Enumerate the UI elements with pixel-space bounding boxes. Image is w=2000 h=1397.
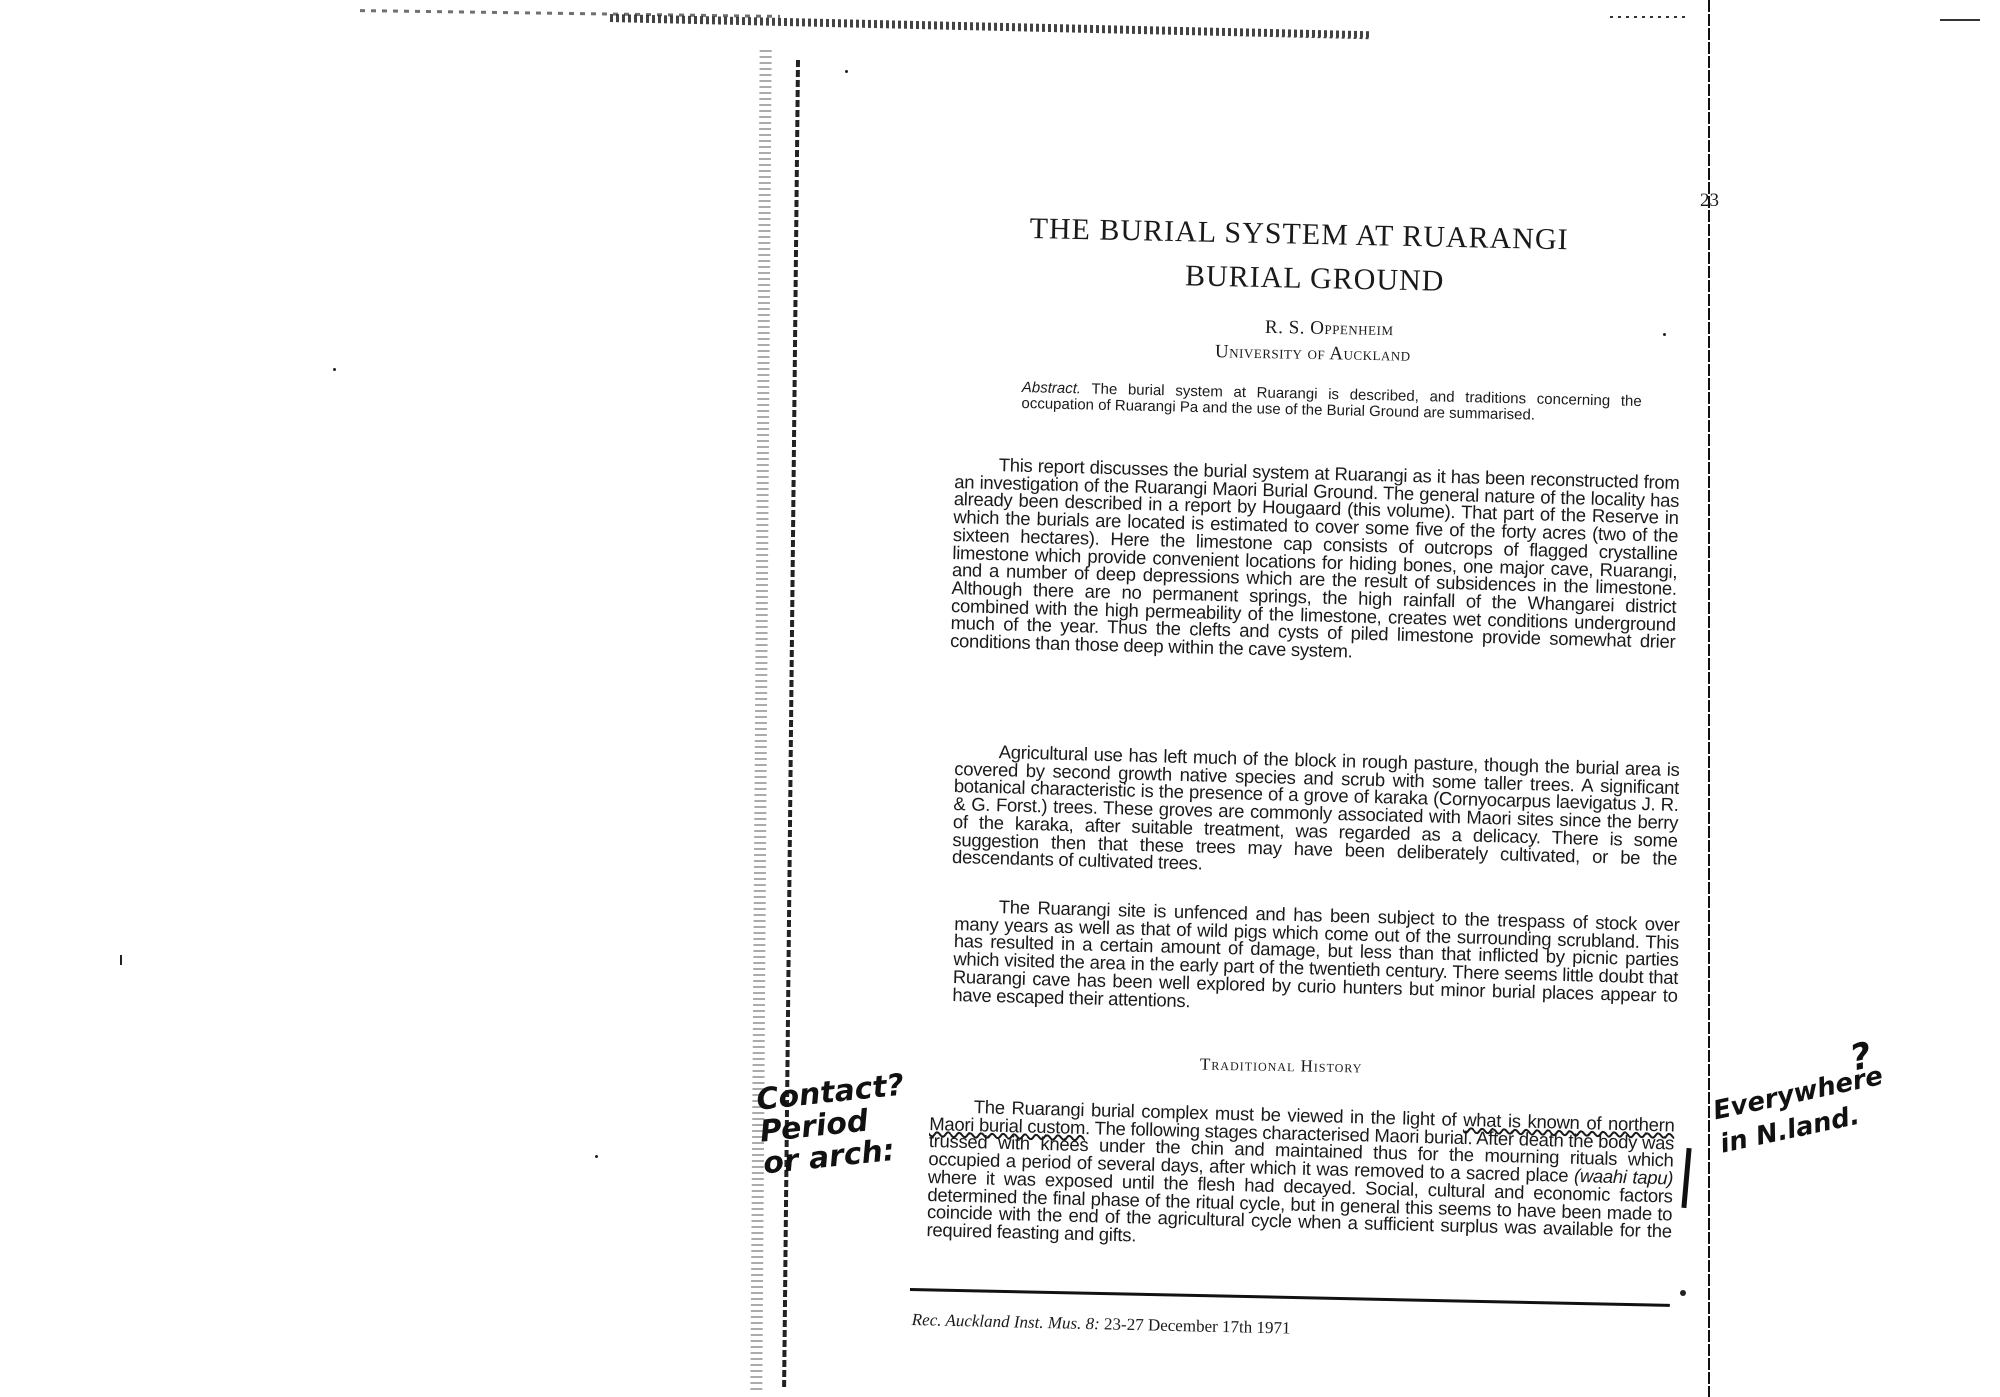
page-number: 23 <box>1700 190 1719 212</box>
paragraph-text: The Ruarangi burial complex must be view… <box>926 1097 1674 1258</box>
paragraph-intro: This report discusses the burial system … <box>950 455 1680 669</box>
scan-artifact-binding-speckle <box>750 50 771 1390</box>
paper-title-line2: BURIAL GROUND <box>1185 259 1445 298</box>
margin-mark-bar <box>1681 1148 1691 1208</box>
author-affiliation: University of Auckland <box>1215 341 1411 366</box>
journal-name: Rec. Auckland Inst. Mus. 8: <box>912 1310 1100 1333</box>
citation-details: 23-27 December 17th 1971 <box>1104 1314 1291 1337</box>
scan-artifact-top <box>610 14 1370 39</box>
handwritten-note-right: ? Everywhere in N.land. <box>1710 1053 1920 1161</box>
scan-speck <box>595 1155 598 1158</box>
abstract-text: The burial system at Ruarangi is describ… <box>1021 381 1642 424</box>
paragraph-site-condition: The Ruarangi site is unfenced and has be… <box>952 897 1680 1022</box>
paragraph-agriculture: Agricultural use has left much of the bl… <box>952 742 1680 885</box>
scan-speck <box>333 368 336 371</box>
scan-speck <box>1680 1290 1686 1296</box>
abstract: Abstract. The burial system at Ruarangi … <box>1021 380 1642 426</box>
paper-title-line1: THE BURIAL SYSTEM AT RUARANGI <box>1029 212 1670 259</box>
scan-artifact-corner <box>1940 19 1980 21</box>
author-name: R. S. Oppenheim <box>1265 317 1394 341</box>
scan-speck <box>1663 333 1666 336</box>
scan-speck <box>845 70 848 73</box>
journal-citation: Rec. Auckland Inst. Mus. 8: 23-27 Decemb… <box>912 1310 1291 1339</box>
section-heading: Traditional History <box>1200 1055 1363 1078</box>
paragraph-traditional-history: The Ruarangi burial complex must be view… <box>926 1097 1674 1258</box>
scan-artifact-top-right <box>1610 16 1690 18</box>
footer-rule <box>910 1288 1670 1307</box>
paragraph-text: Agricultural use has left much of the bl… <box>952 742 1680 885</box>
scan-speck <box>120 955 122 965</box>
page-left-edge <box>782 60 800 1390</box>
paragraph-text: This report discusses the burial system … <box>950 455 1680 669</box>
paragraph-text: The Ruarangi site is unfenced and has be… <box>952 897 1680 1022</box>
handwritten-note-left: Contact? Period or arch: <box>755 1066 944 1180</box>
